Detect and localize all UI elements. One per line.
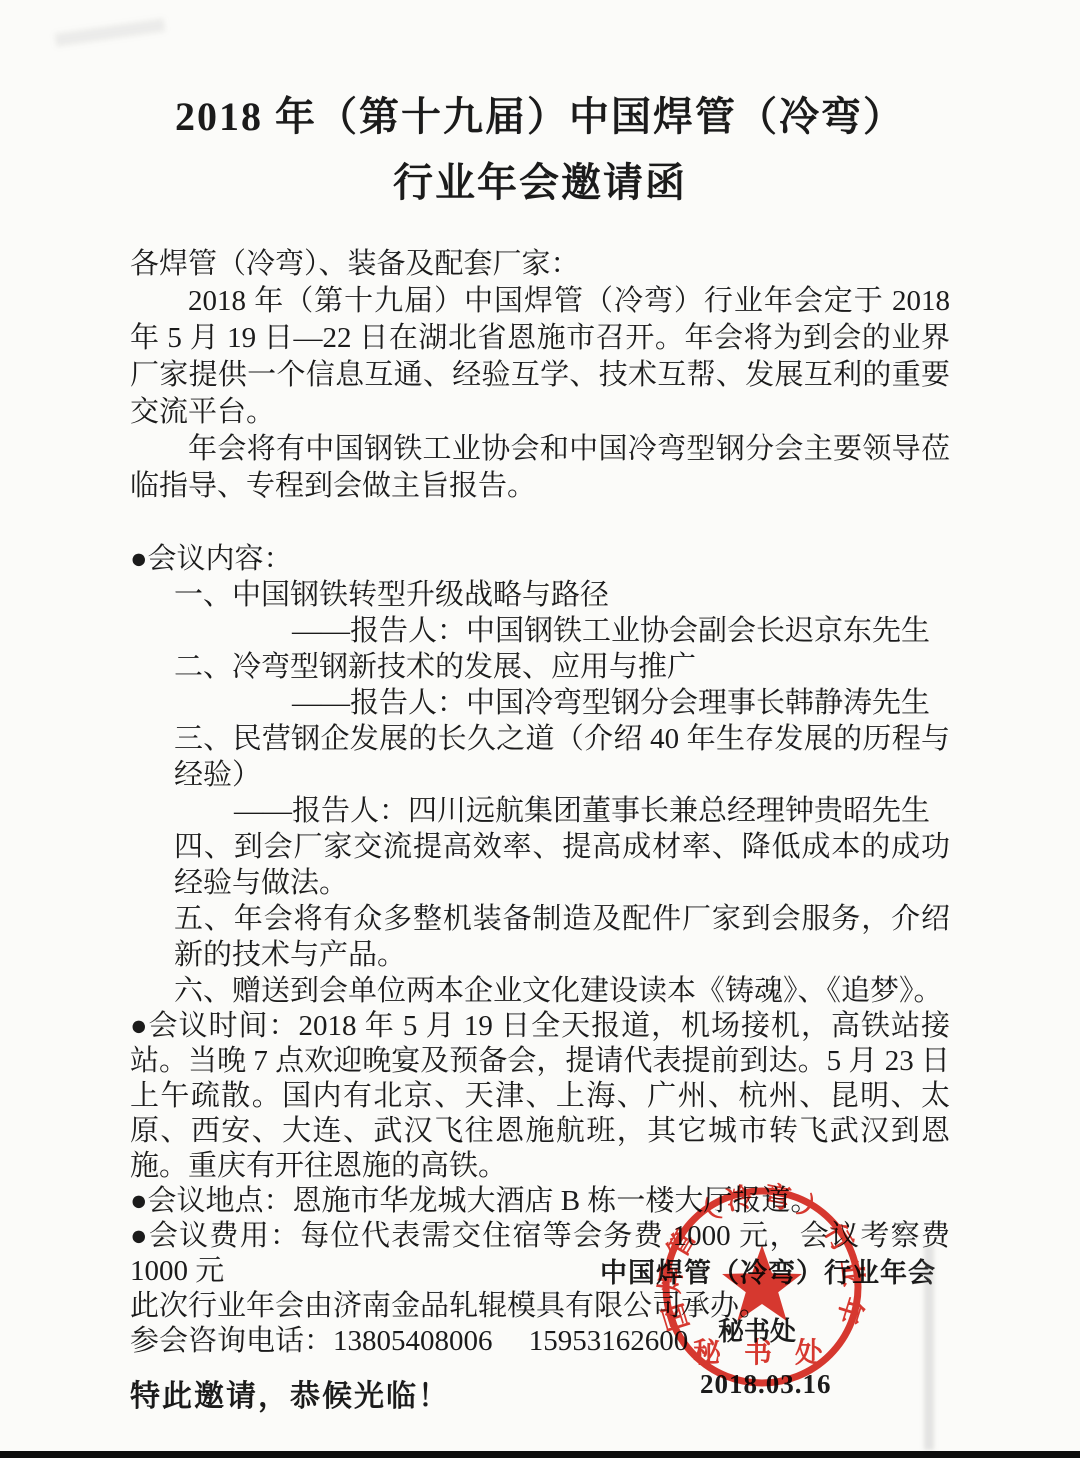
meeting-time-section: ●会议时间：2018 年 5 月 19 日全天报道，机场接机，高铁站接站。当晚 … bbox=[130, 1009, 950, 1184]
agenda-reporter-2: ——报告人：中国冷弯型钢分会理事长韩静涛先生 bbox=[130, 685, 930, 721]
agenda-item-3: 三、民营钢企发展的长久之道（介绍 40 年生存发展的历程与经验） bbox=[174, 721, 950, 793]
document-content: 2018 年（第十九届）中国焊管（冷弯） 行业年会邀请函 各焊管（冷弯）、装备及… bbox=[0, 0, 1080, 1415]
agenda-item-1: 一、中国钢铁转型升级战略与路径 bbox=[174, 577, 950, 613]
leaders-paragraph: 年会将有中国钢铁工业协会和中国冷弯型钢分会主要领导莅临指导、专程到会做主旨报告。 bbox=[130, 431, 950, 505]
agenda-item-4: 四、到会厂家交流提高效率、提高成材率、降低成本的成功经验与做法。 bbox=[174, 829, 950, 901]
stamp-star-icon bbox=[722, 1245, 802, 1321]
official-seal-stamp: 中国焊管（冷弯）行业年会 秘 书 处 bbox=[655, 1180, 869, 1394]
document-title-line1: 2018 年（第十九届）中国焊管（冷弯） bbox=[130, 84, 950, 150]
agenda-list: 一、中国钢铁转型升级战略与路径 ——报告人：中国钢铁工业协会副会长迟京东先生 二… bbox=[130, 577, 950, 1009]
document-title-line2: 行业年会邀请函 bbox=[130, 150, 950, 216]
agenda-heading: ●会议内容： bbox=[130, 541, 950, 577]
scan-bottom-edge bbox=[0, 1451, 1080, 1458]
scan-streak-artifact bbox=[924, 1245, 934, 1450]
agenda-item-5: 五、年会将有众多整机装备制造及配件厂家到会服务，介绍新的技术与产品。 bbox=[174, 901, 950, 973]
agenda-item-2: 二、冷弯型钢新技术的发展、应用与推广 bbox=[174, 649, 950, 685]
agenda-reporter-1: ——报告人：中国钢铁工业协会副会长迟京东先生 bbox=[130, 613, 930, 649]
salutation: 各焊管（冷弯）、装备及配套厂家： bbox=[130, 246, 950, 283]
intro-paragraph: 2018 年（第十九届）中国焊管（冷弯）行业年会定于 2018 年 5 月 19… bbox=[130, 283, 950, 431]
stamp-dept-text: 秘 书 处 bbox=[693, 1337, 831, 1369]
document-title: 2018 年（第十九届）中国焊管（冷弯） 行业年会邀请函 bbox=[130, 84, 950, 216]
agenda-item-6: 六、赠送到会单位两本企业文化建设读本《铸魂》、《追梦》。 bbox=[174, 973, 950, 1009]
document-page: 2018 年（第十九届）中国焊管（冷弯） 行业年会邀请函 各焊管（冷弯）、装备及… bbox=[0, 0, 1080, 1458]
agenda-reporter-3: ——报告人：四川远航集团董事长兼总经理钟贵昭先生 bbox=[130, 793, 930, 829]
